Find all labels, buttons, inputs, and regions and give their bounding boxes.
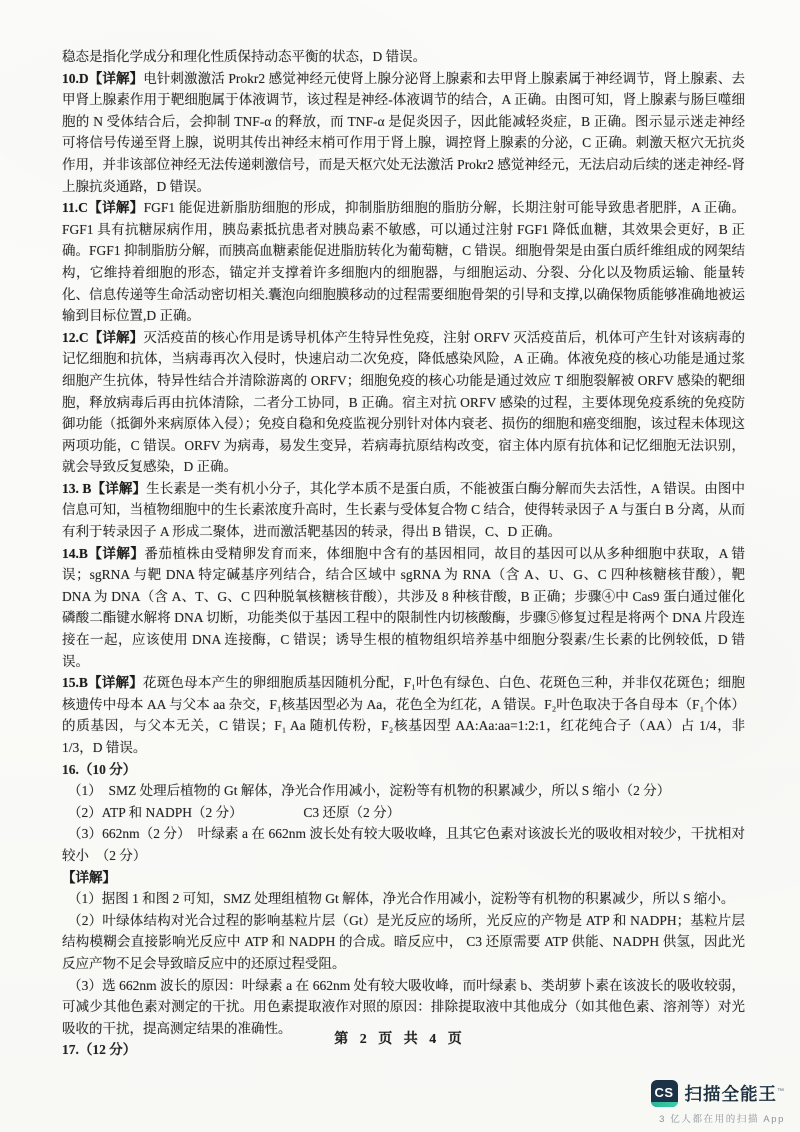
paragraph-body: FGF1 能促进新脂肪细胞的形成，抑制脂肪细胞的脂肪分解，长期注射可能导致患者肥… [62, 200, 745, 323]
document-text-block: 稳态是指化学成分和理化性质保持动态平衡的状态，D 错误。 10.D【详解】电针刺… [62, 46, 745, 1061]
paragraph-q12: 12.C【详解】灭活疫苗的核心作用是诱导机体产生特异性免疫，注射 ORFV 灭活… [62, 327, 745, 478]
paragraph-body: （3）662nm（2 分） 叶绿素 a 在 662nm 波长处有较大吸收峰，且其… [62, 826, 745, 863]
brand-name-text: 扫描全能王 [685, 1084, 778, 1104]
logo-teal-strip [651, 1102, 678, 1107]
paragraph-body: （1） SMZ 处理后植物的 Gt 解体，净光合作用减小，淀粉等有机物的积累减少… [68, 783, 670, 798]
answer-prefix: 14.B [62, 546, 88, 561]
paragraph-q11: 11.C【详解】FGF1 能促进新脂肪细胞的形成，抑制脂肪细胞的脂肪分解，长期注… [62, 197, 745, 327]
paragraph-body: （2）ATP 和 NADPH（2 分） C3 还原（2 分） [68, 805, 400, 820]
explain-label: 【详解】 [88, 546, 145, 561]
paragraph-body: 灭活疫苗的核心作用是诱导机体产生特异性免疫，注射 ORFV 灭活疫苗后，机体可产… [62, 330, 745, 475]
question-16-heading: 16.（10 分） [62, 759, 745, 781]
paragraph-q15: 15.B【详解】花斑色母本产生的卵细胞质基因随机分配，F₁叶色有绿色、白色、花斑… [62, 672, 745, 758]
paragraph-q14: 14.B【详解】番茄植株由受精卵发育而来，体细胞中含有的基因相同，故目的基因可以… [62, 543, 745, 673]
brand-tagline: 3 亿人都在用的扫描 App [651, 1111, 786, 1125]
scanned-document-page: 稳态是指化学成分和理化性质保持动态平衡的状态，D 错误。 10.D【详解】电针刺… [0, 0, 800, 1132]
brand-name: 扫描全能王™ [685, 1081, 786, 1106]
q16-explain-2: （2）叶绿体结构对光合过程的影响基粒片层（Gt）是光反应的场所，光反应的产物是 … [62, 910, 745, 975]
paragraph-continuation: 稳态是指化学成分和理化性质保持动态平衡的状态，D 错误。 [62, 46, 745, 68]
paragraph-q10: 10.D【详解】电针刺激激活 Prokr2 感觉神经元使肾上腺分泌肾上腺素和去甲… [62, 68, 745, 198]
q16-answer-2: （2）ATP 和 NADPH（2 分） C3 还原（2 分） [62, 802, 745, 824]
explain-label: 【详解】 [88, 200, 144, 215]
paragraph-q13: 13. B【详解】生长素是一类有机小分子，其化学本质不是蛋白质，不能被蛋白酶分解… [62, 478, 745, 543]
paragraph-body: （3）选 662nm 波长的原因：叶绿素 a 在 662nm 处有较大吸收峰，而… [62, 978, 745, 1036]
q16-explain-1: （1）据图 1 和图 2 可知，SMZ 处理组植物 Gt 解体，净光合作用减小，… [62, 888, 745, 910]
q16-answer-3: （3）662nm（2 分） 叶绿素 a 在 662nm 波长处有较大吸收峰，且其… [62, 823, 745, 866]
q16-explain-heading: 【详解】 [62, 867, 745, 889]
explain-label: 【详解】 [62, 870, 116, 885]
explain-label: 【详解】 [91, 481, 146, 496]
paragraph-body: 番茄植株由受精卵发育而来，体细胞中含有的基因相同，故目的基因可以从多种细胞中获取… [62, 546, 745, 669]
trademark-symbol: ™ [777, 1088, 785, 1095]
logo-initials: CS [654, 1086, 673, 1099]
camscanner-watermark: CS 扫描全能王™ 3 亿人都在用的扫描 App [651, 1080, 786, 1125]
q16-answer-1: （1） SMZ 处理后植物的 Gt 解体，净光合作用减小，淀粉等有机物的积累减少… [62, 780, 745, 802]
answer-prefix: 12.C [62, 330, 89, 345]
paragraph-body: 电针刺激激活 Prokr2 感觉神经元使肾上腺分泌肾上腺素和去甲肾上腺素属于神经… [62, 71, 745, 194]
paragraph-body: 生长素是一类有机小分子，其化学本质不是蛋白质，不能被蛋白酶分解而失去活性，A 错… [62, 481, 745, 539]
page-number: 第 2 页 共 4 页 [0, 1028, 800, 1048]
paragraph-body: 花斑色母本产生的卵细胞质基因随机分配，F₁叶色有绿色、白色、花斑色三种，并非仅花… [62, 675, 745, 755]
answer-prefix: 13. B [62, 481, 91, 496]
explain-label: 【详解】 [89, 330, 144, 345]
answer-prefix: 10.D [62, 71, 89, 86]
explain-label: 【详解】 [89, 71, 144, 86]
camscanner-brand-row: CS 扫描全能王™ [651, 1080, 786, 1107]
paragraph-body: 稳态是指化学成分和理化性质保持动态平衡的状态，D 错误。 [62, 49, 426, 64]
answer-prefix: 11.C [62, 200, 88, 215]
paragraph-body: （2）叶绿体结构对光合过程的影响基粒片层（Gt）是光反应的场所，光反应的产物是 … [62, 913, 745, 971]
explain-label: 【详解】 [88, 675, 143, 690]
heading-text: 16.（10 分） [62, 762, 136, 777]
paragraph-body: （1）据图 1 和图 2 可知，SMZ 处理组植物 Gt 解体，净光合作用减小，… [68, 891, 734, 906]
answer-prefix: 15.B [62, 675, 88, 690]
camscanner-logo-icon: CS [651, 1080, 678, 1107]
